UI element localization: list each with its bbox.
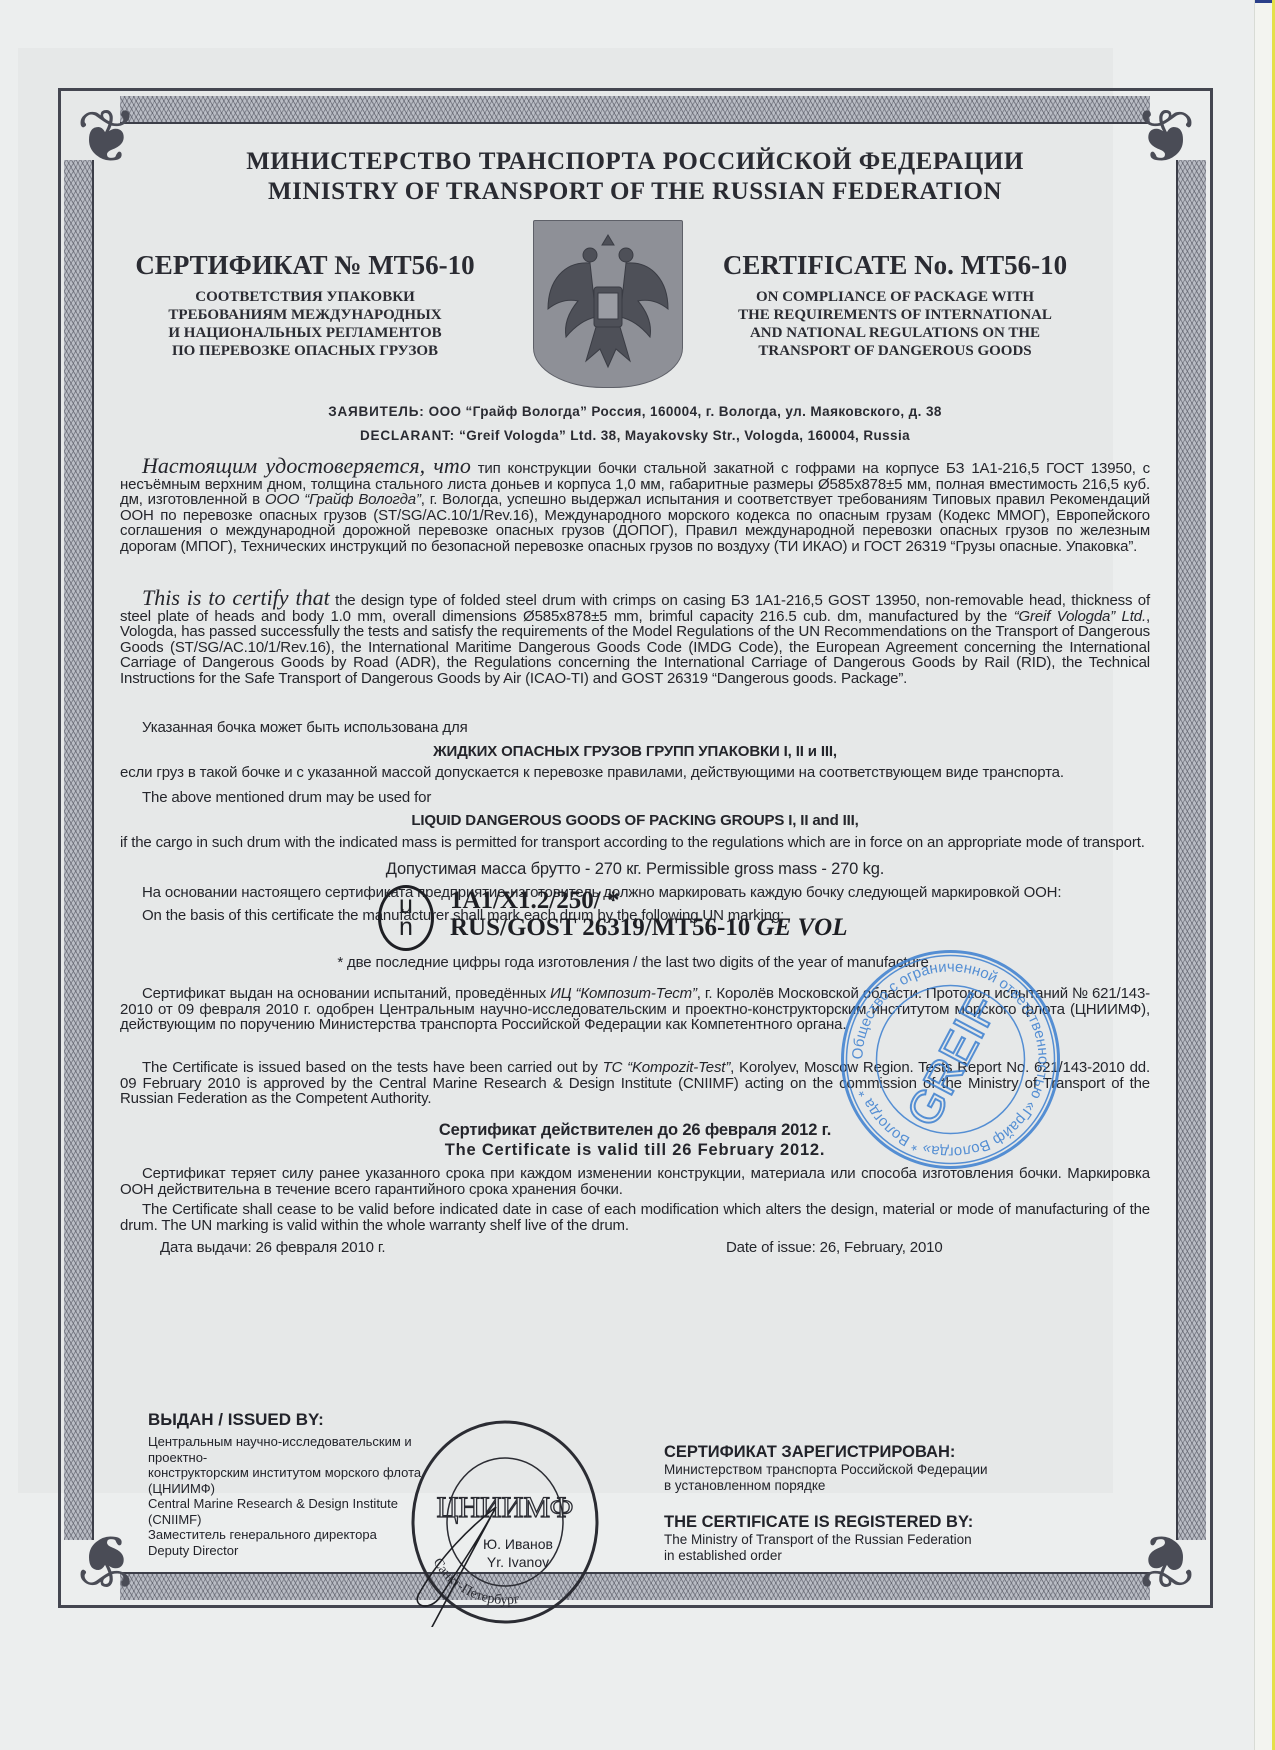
ministry-header: МИНИСТЕРСТВО ТРАНСПОРТА РОССИЙСКОЙ ФЕДЕР…	[120, 147, 1150, 207]
certificate-subtitle-en: ON COMPLIANCE OF PACKAGE WITH THE REQUIR…	[695, 288, 1095, 360]
declarant-ru: ЗАЯВИТЕЛЬ: ООО “Грайф Вологда” Россия, 1…	[120, 400, 1150, 424]
certificate-number-en: CERTIFICATE No. MT56-10	[695, 248, 1095, 282]
ministry-name-en: MINISTRY OF TRANSPORT OF THE RUSSIAN FED…	[120, 177, 1150, 207]
registered-heading-ru: СЕРТИФИКАТ ЗАРЕГИСТРИРОВАН:	[664, 1442, 1124, 1462]
un-marking: u n 1A1/X1.2/250/ * RUS/GOST 26319/MT56-…	[378, 885, 978, 955]
certificate-title-en-block: CERTIFICATE No. MT56-10 ON COMPLIANCE OF…	[695, 248, 1095, 360]
seal-center-text: ЦНИИМФ	[437, 1491, 574, 1524]
un-packaging-symbol-icon: u n	[378, 885, 434, 951]
certification-paragraph-en: This is to certify that the design type …	[120, 590, 1150, 686]
usage-condition-en: if the cargo in such drum with the indic…	[120, 835, 1150, 851]
corner-ornament-icon: ❦	[1120, 1515, 1210, 1605]
un-marking-code: 1A1/X1.2/250/ * RUS/GOST 26319/MT56-10 G…	[450, 887, 848, 941]
cniimf-seal: Санкт-Петербург ЦНИИМФ Ю. Иванов Yr. Iva…	[400, 1417, 610, 1627]
usage-groups-en: LIQUID DANGEROUS GOODS OF PACKING GROUPS…	[120, 813, 1150, 829]
certification-paragraph-ru: Настоящим удостоверяется, что тип констр…	[120, 458, 1150, 554]
issue-date-en: Date of issue: 26, February, 2010	[726, 1240, 943, 1256]
declarant-en: DECLARANT: “Greif Vologda” Ltd. 38, Maya…	[120, 424, 1150, 448]
stamp-center-logo: GREIF	[896, 986, 1008, 1135]
usage-groups-ru: ЖИДКИХ ОПАСНЫХ ГРУЗОВ ГРУПП УПАКОВКИ I, …	[120, 744, 1150, 760]
issue-date-ru: Дата выдачи: 26 февраля 2010 г.	[160, 1240, 385, 1256]
ministry-name-ru: МИНИСТЕРСТВО ТРАНСПОРТА РОССИЙСКОЙ ФЕДЕР…	[120, 147, 1150, 177]
registration-block: СЕРТИФИКАТ ЗАРЕГИСТРИРОВАН: Министерство…	[664, 1442, 1124, 1564]
svg-text:Ю. Иванов: Ю. Иванов	[483, 1536, 553, 1552]
corner-ornament-icon: ❦	[62, 1515, 152, 1605]
border-guilloche-top	[120, 96, 1150, 124]
scan-page-edge	[1254, 0, 1275, 1750]
declarant-block: ЗАЯВИТЕЛЬ: ООО “Грайф Вологда” Россия, 1…	[120, 400, 1150, 448]
usage-intro-en: The above mentioned drum may be used for	[120, 790, 1150, 806]
border-guilloche-bottom	[120, 1572, 1150, 1600]
registered-heading-en: THE CERTIFICATE IS REGISTERED BY:	[664, 1512, 1124, 1532]
certificate-number-ru: СЕРТИФИКАТ № МТ56-10	[120, 248, 490, 282]
usage-intro-ru: Указанная бочка может быть использована …	[120, 720, 1150, 736]
border-guilloche-right	[1176, 160, 1206, 1540]
certificate-title-ru-block: СЕРТИФИКАТ № МТ56-10 СООТВЕТСТВИЯ УПАКОВ…	[120, 248, 490, 360]
certificate-subtitle-ru: СООТВЕТСТВИЯ УПАКОВКИ ТРЕБОВАНИЯМ МЕЖДУН…	[120, 288, 490, 360]
border-guilloche-left	[64, 160, 94, 1540]
cease-paragraph-en: The Certificate shall cease to be valid …	[120, 1202, 1150, 1233]
coat-of-arms-emblem-icon	[533, 220, 683, 388]
usage-condition-ru: если груз в такой бочке и с указанной ма…	[120, 765, 1150, 781]
greif-company-stamp: Общество с ограниченной ответственностью…	[838, 947, 1063, 1172]
gross-mass: Допустимая масса брутто - 270 кг. Permis…	[120, 859, 1150, 879]
svg-text:Yr. Ivanov: Yr. Ivanov	[487, 1554, 549, 1570]
